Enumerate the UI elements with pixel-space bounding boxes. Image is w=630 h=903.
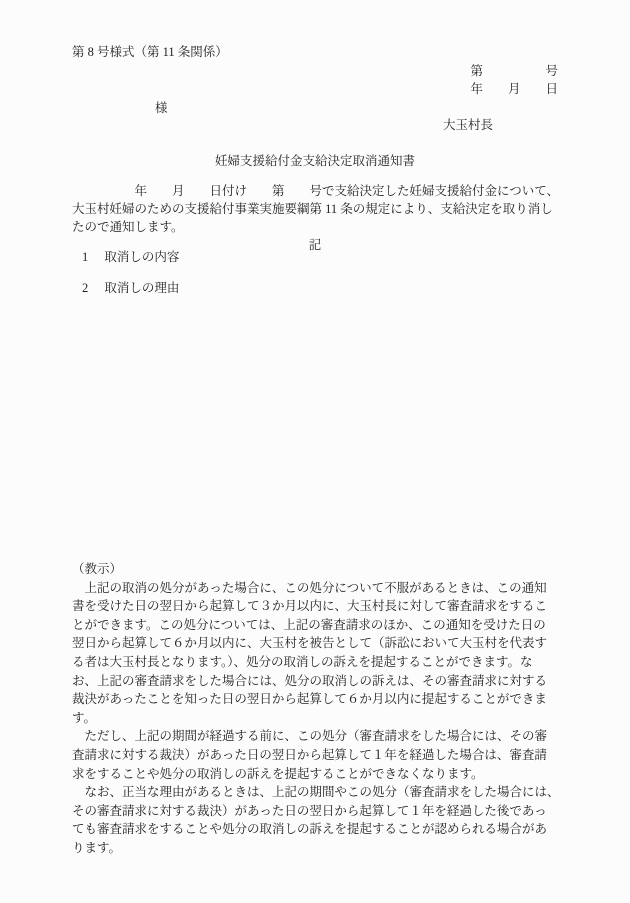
kyouji-heading: （教示） bbox=[72, 560, 594, 579]
item-label: 取消しの理由 bbox=[104, 281, 179, 295]
document-page: 第 8 号様式（第 11 条関係） 第 号 年 月 日 様 大玉村長 妊婦支援給… bbox=[0, 0, 630, 903]
document-number-line: 第 号 bbox=[470, 62, 558, 80]
addressee-suffix: 様 bbox=[155, 99, 168, 117]
document-title: 妊婦支援給付金支給決定取消通知書 bbox=[0, 152, 630, 170]
form-number: 第 8 号様式（第 11 条関係） bbox=[72, 43, 228, 61]
item-number: 1 bbox=[82, 248, 88, 266]
kyouji-paragraph: なお、正当な理由があるときは、上記の期間やこの処分（審査請求をした場合には、 そ… bbox=[72, 783, 594, 857]
kyouji-paragraph: ただし、上記の期間が経過する前に、この処分（審査請求をした場合には、その審 査請… bbox=[72, 727, 594, 783]
item-label: 取消しの内容 bbox=[104, 250, 179, 264]
date-line: 年 月 日 bbox=[470, 80, 558, 98]
kyouji-paragraph: 上記の取消の処分があった場合に、この処分について不服があるときは、この通知 書を… bbox=[72, 579, 594, 728]
list-item-cancellation-reason: 2 取消しの理由 bbox=[82, 279, 179, 297]
sender-name: 大玉村長 bbox=[443, 116, 493, 134]
list-item-cancellation-content: 1 取消しの内容 bbox=[82, 248, 179, 266]
item-number: 2 bbox=[82, 279, 88, 297]
body-paragraph: 年 月 日付け 第 号で支給決定した妊婦支援給付金について、 大玉村妊婦のための… bbox=[72, 182, 592, 236]
kyouji-section: （教示） 上記の取消の処分があった場合に、この処分について不服があるときは、この… bbox=[72, 560, 594, 858]
